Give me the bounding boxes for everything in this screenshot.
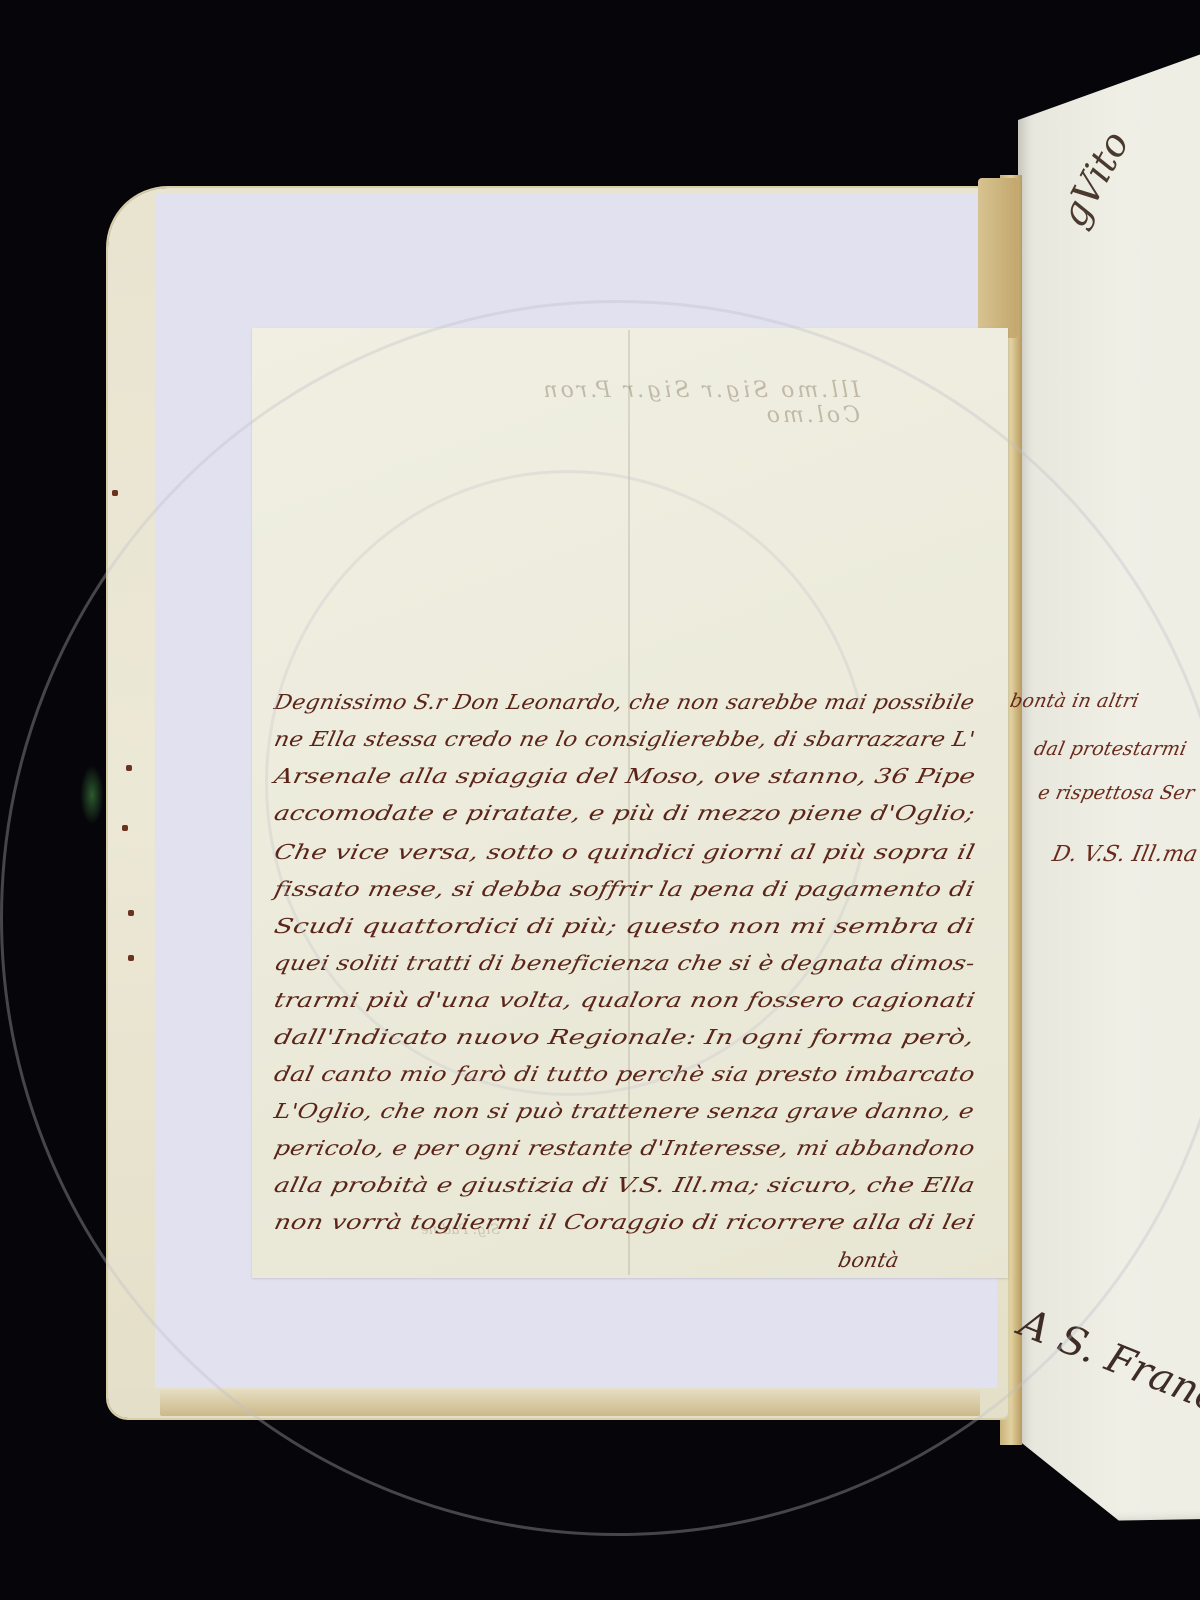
letter-line: pericolo, e per ogni restante d'Interess…: [272, 1136, 977, 1160]
letter-line: ne Ella stessa credo ne lo consiglierebb…: [272, 727, 977, 751]
letter-line: Scudi quattordici di più; questo non mi …: [272, 914, 977, 938]
margin-mark: [128, 910, 134, 916]
letter-line: accomodate e piratate, e più di mezzo pi…: [272, 801, 977, 825]
letter-line: Degnissimo S.r Don Leonardo, che non sar…: [272, 690, 977, 714]
letter-line: fissato mese, si debba soffrir la pena d…: [272, 877, 977, 901]
margin-mark: [128, 955, 134, 961]
right-page-line: bontà in altri: [1008, 690, 1141, 712]
page-edge: [160, 1390, 980, 1416]
margin-mark: [122, 825, 128, 831]
catchword: bontà: [836, 1248, 901, 1272]
letter-line: alla probità e giustizia di V.S. Ill.ma;…: [272, 1173, 977, 1197]
letter-line: Arsenale alla spiaggia del Moso, ove sta…: [272, 764, 978, 788]
margin-mark: [112, 490, 118, 496]
letter-line: dall'Indicato nuovo Regionale: In ogni f…: [272, 1025, 977, 1049]
letter-line: Che vice versa, sotto o quindici giorni …: [272, 840, 977, 864]
spine-edge: [978, 178, 1018, 338]
letter-line: quei soliti tratti di beneficienza che s…: [272, 951, 977, 975]
margin-mark: [126, 765, 132, 771]
right-facing-page: [1018, 38, 1200, 1523]
letter-line: dal canto mio farò di tutto perchè sia p…: [272, 1062, 977, 1086]
bleed-through-header: Ill.mo Sig.r Sig.r P.ron Col.mo: [440, 378, 860, 428]
stain: [80, 765, 104, 825]
letter-line: non vorrà togliermi il Coraggio di ricor…: [272, 1210, 977, 1234]
right-page-line: e rispettosa Ser: [1036, 782, 1197, 804]
letter-line: L'Oglio, che non si può trattenere senza…: [272, 1099, 976, 1123]
right-page-closing: D. V.S. Ill.ma: [1050, 842, 1200, 867]
letter-line: trarmi più d'una volta, qualora non foss…: [272, 988, 977, 1012]
right-page-line: dal protestarmi: [1032, 738, 1189, 760]
